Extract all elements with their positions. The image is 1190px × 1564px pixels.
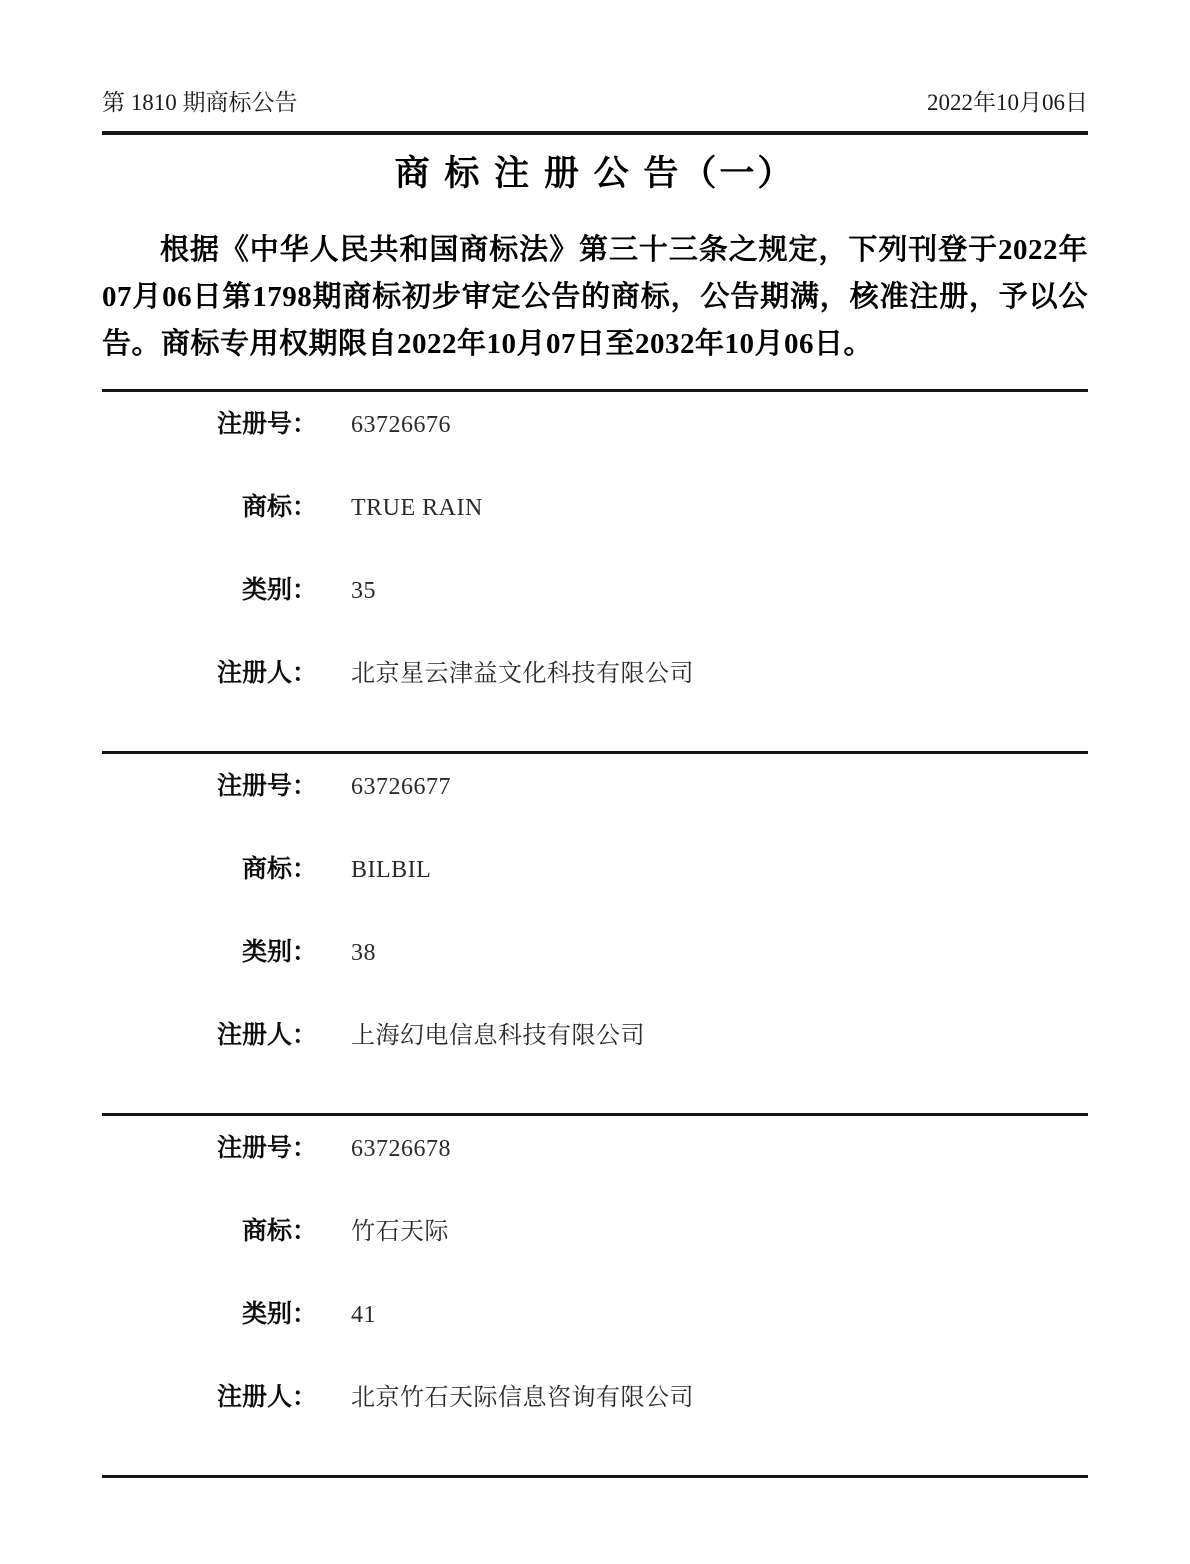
reg-no-label: 注册号： [102, 1133, 317, 1163]
bottom-divider [102, 1475, 1088, 1478]
trademark-value: BILBIL [317, 855, 431, 885]
trademark-row: 商标： BILBIL [102, 854, 1088, 885]
page-header: 第 1810 期商标公告 2022年10月06日 [102, 88, 1088, 118]
intro-paragraph: 根据《中华人民共和国商标法》第三十三条之规定，下列刊登于2022年07月06日第… [102, 227, 1088, 368]
category-label: 类别： [102, 937, 317, 967]
header-date: 2022年10月06日 [927, 88, 1088, 118]
category-value: 38 [317, 938, 376, 968]
trademark-entry: 注册号： 63726676 商标： TRUE RAIN 类别： 35 注册人： … [102, 389, 1088, 751]
page-title: 商 标 注 册 公 告（一） [102, 152, 1088, 196]
gazette-page: 第 1810 期商标公告 2022年10月06日 商 标 注 册 公 告（一） … [0, 0, 1190, 1564]
trademark-label: 商标： [102, 492, 317, 522]
registrant-value: 上海幻电信息科技有限公司 [317, 1021, 645, 1051]
reg-no-value: 63726676 [317, 410, 451, 440]
trademark-row: 商标： 竹石天际 [102, 1216, 1088, 1247]
category-label: 类别： [102, 1299, 317, 1329]
reg-no-label: 注册号： [102, 409, 317, 439]
category-value: 35 [317, 576, 376, 606]
entry-list: 注册号： 63726676 商标： TRUE RAIN 类别： 35 注册人： … [102, 389, 1088, 1478]
category-label: 类别： [102, 575, 317, 605]
registrant-label: 注册人： [102, 1382, 317, 1412]
trademark-row: 商标： TRUE RAIN [102, 492, 1088, 523]
trademark-label: 商标： [102, 854, 317, 884]
reg-no-value: 63726677 [317, 772, 451, 802]
reg-no-row: 注册号： 63726677 [102, 771, 1088, 802]
registrant-label: 注册人： [102, 658, 317, 688]
registrant-row: 注册人： 上海幻电信息科技有限公司 [102, 1020, 1088, 1051]
category-row: 类别： 35 [102, 575, 1088, 606]
trademark-value: 竹石天际 [317, 1217, 449, 1247]
category-value: 41 [317, 1300, 376, 1330]
registrant-row: 注册人： 北京星云津益文化科技有限公司 [102, 658, 1088, 689]
registrant-row: 注册人： 北京竹石天际信息咨询有限公司 [102, 1382, 1088, 1413]
reg-no-label: 注册号： [102, 771, 317, 801]
trademark-entry: 注册号： 63726678 商标： 竹石天际 类别： 41 注册人： 北京竹石天… [102, 1113, 1088, 1475]
reg-no-value: 63726678 [317, 1134, 451, 1164]
header-divider [102, 131, 1088, 135]
registrant-label: 注册人： [102, 1020, 317, 1050]
reg-no-row: 注册号： 63726678 [102, 1133, 1088, 1164]
trademark-entry: 注册号： 63726677 商标： BILBIL 类别： 38 注册人： 上海幻… [102, 751, 1088, 1113]
issue-title: 第 1810 期商标公告 [102, 88, 298, 118]
trademark-label: 商标： [102, 1216, 317, 1246]
trademark-value: TRUE RAIN [317, 493, 483, 523]
category-row: 类别： 38 [102, 937, 1088, 968]
category-row: 类别： 41 [102, 1299, 1088, 1330]
registrant-value: 北京星云津益文化科技有限公司 [317, 659, 694, 689]
reg-no-row: 注册号： 63726676 [102, 409, 1088, 440]
registrant-value: 北京竹石天际信息咨询有限公司 [317, 1383, 694, 1413]
page-content: 第 1810 期商标公告 2022年10月06日 商 标 注 册 公 告（一） … [102, 0, 1088, 1478]
